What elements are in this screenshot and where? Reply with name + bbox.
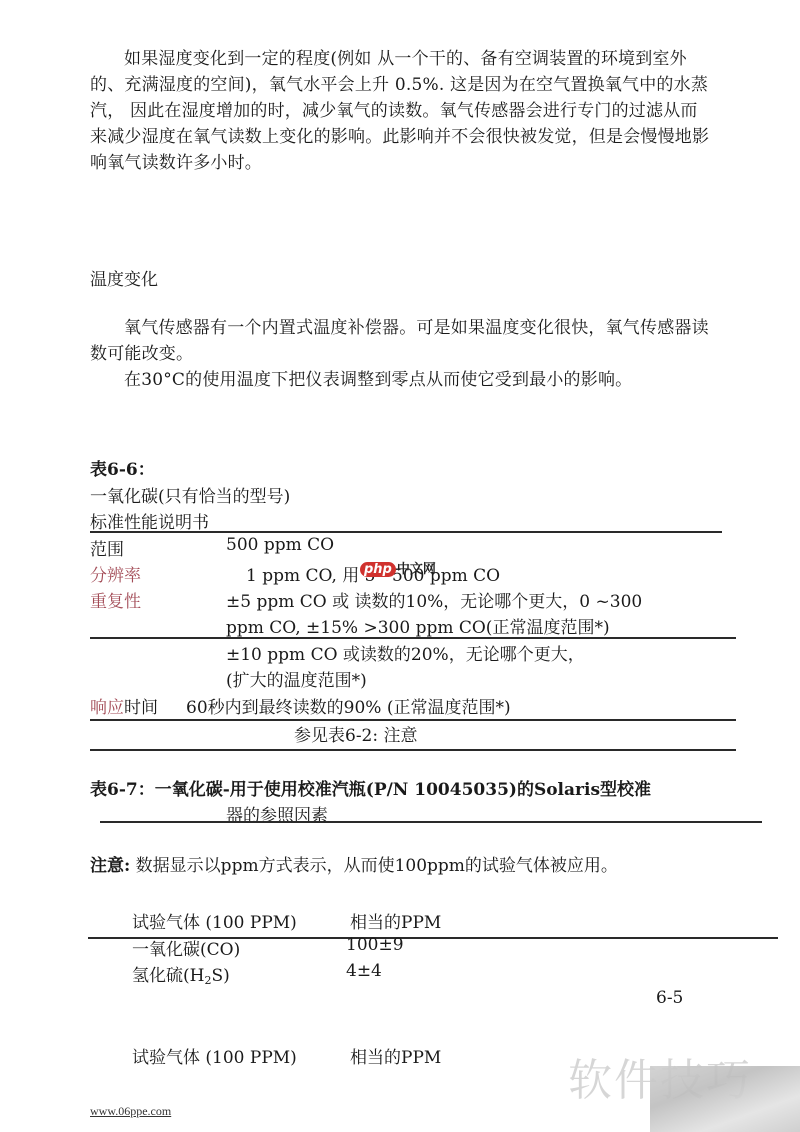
php-logo-badge: php — [360, 562, 396, 577]
row-label-resolution: 分辨率 — [90, 561, 141, 586]
row-label-range: 范围 — [90, 535, 124, 560]
table-divider — [100, 821, 762, 823]
temperature-paragraph-2: 在30°C的使用温度下把仪表调整到零点从而使它受到最小的影响。 — [90, 367, 710, 393]
humidity-paragraph: 如果湿度变化到一定的程度(例如 从一个干的、备有空调装置的环境到室外的、充满湿度… — [90, 46, 710, 176]
gas-table-header-ppm: 相当的PPM — [350, 908, 441, 933]
php-logo-text: 中文网 — [397, 562, 436, 577]
note-line: 注意: 数据显示以ppm方式表示，从而使100ppm的试验气体被应用。 — [90, 851, 618, 876]
table-6-6-subtitle: 一氧化碳(只有恰当的型号) — [90, 482, 290, 507]
document-page: 如果湿度变化到一定的程度(例如 从一个干的、备有空调装置的环境到室外的、充满湿度… — [0, 0, 800, 1132]
gas-row-h2s: 氢化硫(H2S) — [132, 961, 230, 987]
note-label: 注意: — [90, 856, 130, 876]
row-label-repeatability: 重复性 — [90, 587, 141, 612]
table-6-7-prefix: 表6-7 — [90, 780, 138, 800]
repeated-header-gas: 试验气体 (100 PPM) — [132, 1043, 297, 1068]
gas-table-header-gas: 试验气体 (100 PPM) — [132, 908, 297, 933]
gas-h2s-prefix: 氢化硫(H — [132, 966, 204, 986]
row-value-extended-line2: (扩大的温度范围*) — [226, 666, 367, 691]
row-value-response-time: 60秒内到最终读数的90% (正常温度范围*) — [186, 693, 511, 718]
row-value-extended-line1: ±10 ppm CO 或读数的20%，无论哪个更大， — [226, 640, 585, 665]
table-divider — [90, 637, 736, 639]
gas-row-co: 一氧化碳(CO) — [132, 935, 240, 960]
row-value-repeatability-line2: ppm CO, ±15% >300 ppm CO(正常温度范围*) — [226, 613, 610, 638]
temperature-paragraph-1: 氧气传感器有一个内置式温度补偿器。可是如果温度变化很快，氧气传感器读数可能改变。 — [90, 315, 710, 367]
page-number: 6-5 — [656, 988, 683, 1008]
repeated-header-ppm: 相当的PPM — [350, 1043, 441, 1068]
gas-row-co-ppm: 100±9 — [346, 935, 404, 955]
row-value-repeatability-line1: ±5 ppm CO 或 读数的10%，无论哪个更大，0 ~300 — [226, 587, 642, 612]
table-6-7-title: 表6-7：一氧化碳-用于使用校准汽瓶(P/N 10045035)的Solaris… — [90, 775, 651, 800]
table-6-6-label: 表6-6： — [90, 455, 155, 480]
table-divider — [90, 531, 722, 533]
table-6-6-caption: 标准性能说明书 — [90, 508, 209, 533]
corner-watermark-blur — [650, 1066, 800, 1132]
response-label-highlight: 响应 — [90, 698, 124, 718]
table-6-6-note: 参见表6-2: 注意 — [294, 721, 418, 746]
table-6-7-title-line1: ：一氧化碳-用于使用校准汽瓶(P/N 10045035)的Solaris型校准 — [138, 780, 651, 800]
gas-row-h2s-ppm: 4±4 — [346, 961, 382, 981]
response-label-rest: 时间 — [124, 698, 158, 718]
row-value-range: 500 ppm CO — [226, 535, 334, 555]
table-divider — [90, 749, 736, 751]
row-label-response-time: 响应时间 — [90, 693, 158, 718]
note-text: 数据显示以ppm方式表示，从而使100ppm的试验气体被应用。 — [130, 856, 618, 876]
php-watermark-logo: php中文网 — [360, 558, 436, 577]
footer-url-link[interactable]: www.06ppe.com — [90, 1104, 171, 1119]
temperature-heading: 温度变化 — [90, 265, 158, 290]
gas-h2s-suffix: S) — [211, 966, 229, 986]
